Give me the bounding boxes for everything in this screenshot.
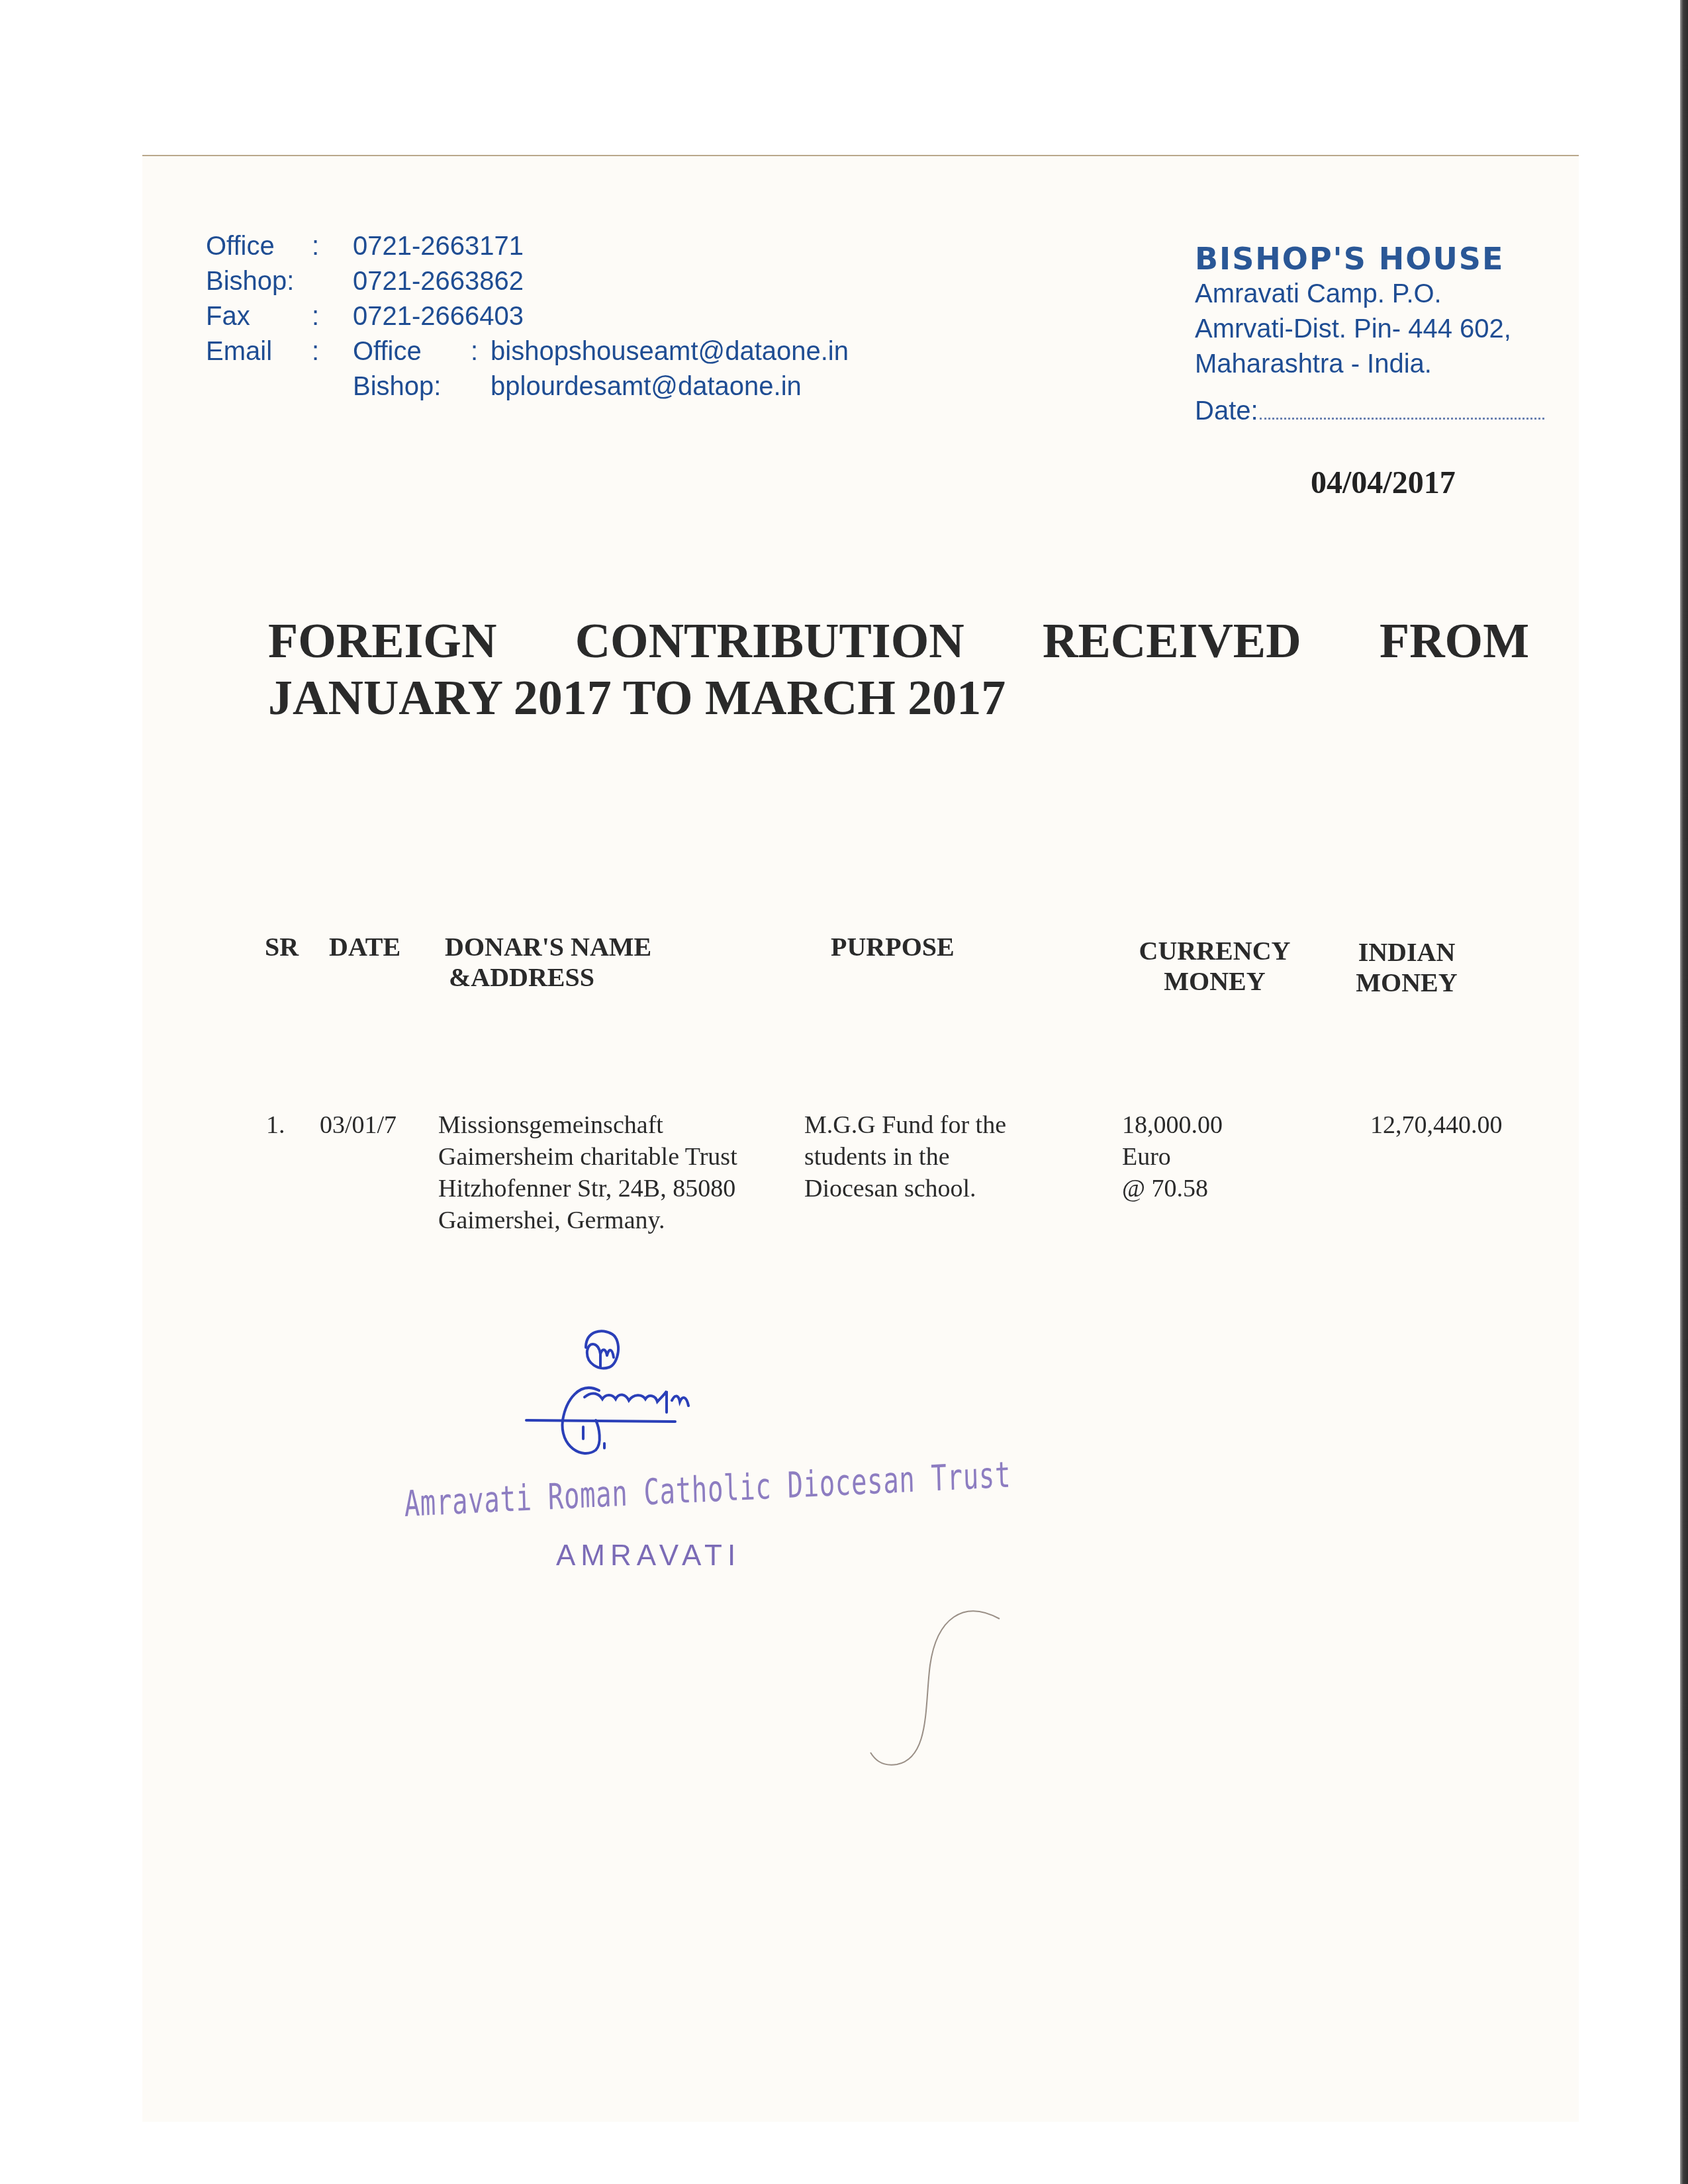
header-indian-line1: INDIAN — [1350, 937, 1463, 968]
donor-line: Gaimersheim charitable Trust — [438, 1141, 737, 1173]
title-word: FOREIGN — [268, 613, 496, 670]
donor-line: Hitzhofenner Str, 24B, 85080 — [438, 1173, 737, 1205]
header-currency: CURRENCY MONEY — [1115, 936, 1314, 997]
email-bishop: bplourdesamt@dataone.in — [491, 369, 802, 404]
email-office: bishopshouseamt@dataone.in — [491, 334, 849, 369]
title-word: CONTRIBUTION — [575, 613, 964, 670]
header-currency-line1: CURRENCY — [1115, 936, 1314, 966]
date-field: Date: — [1195, 396, 1544, 426]
email-label: Email — [206, 334, 272, 369]
address-line: Amravati Camp. P.O. — [1195, 277, 1544, 312]
purpose-line: M.G.G Fund for the — [804, 1109, 1006, 1141]
bishop-label: Bishop: — [206, 264, 294, 299]
fax-label: Fax — [206, 299, 250, 334]
cell-sr: 1. — [266, 1109, 285, 1141]
donor-line: Missionsgemeinschaft — [438, 1109, 737, 1141]
header-indian-line2: MONEY — [1350, 968, 1463, 998]
header-currency-line2: MONEY — [1115, 966, 1314, 997]
header-sr: SR — [265, 932, 299, 962]
currency-name: Euro — [1122, 1141, 1223, 1173]
cell-purpose: M.G.G Fund for the students in the Dioce… — [804, 1109, 1006, 1205]
colon: : — [312, 334, 319, 369]
currency-amount: 18,000.00 — [1122, 1109, 1223, 1141]
document-date: 04/04/2017 — [1311, 465, 1456, 501]
office-phone: 0721-2663171 — [353, 229, 524, 264]
pencil-mark — [804, 1606, 1003, 1778]
title-line-2: JANUARY 2017 TO MARCH 2017 — [268, 670, 1529, 727]
fax-number: 0721-2666403 — [353, 299, 524, 334]
letter-page: Office : 0721-2663171 Bishop: 0721-26638… — [142, 155, 1579, 2122]
colon: : — [471, 334, 478, 369]
letterhead-title: BISHOP'S HOUSE — [1195, 241, 1544, 277]
address-line: Amrvati-Dist. Pin- 444 602, — [1195, 312, 1544, 347]
scanner-edge — [1680, 0, 1688, 2184]
header-purpose: PURPOSE — [831, 932, 955, 962]
exchange-rate: @ 70.58 — [1122, 1173, 1223, 1205]
address-line: Maharashtra - India. — [1195, 347, 1544, 382]
cell-donor: Missionsgemeinschaft Gaimersheim charita… — [438, 1109, 737, 1236]
signature — [487, 1328, 738, 1460]
title-word: RECEIVED — [1043, 613, 1301, 670]
colon: : — [312, 299, 319, 334]
header-indian-money: INDIAN MONEY — [1350, 937, 1463, 998]
header-donor: DONAR'S NAME &ADDRESS — [445, 932, 651, 993]
donor-line: Gaimershei, Germany. — [438, 1205, 737, 1236]
purpose-line: students in the — [804, 1141, 1006, 1173]
colon: : — [312, 229, 319, 264]
bishop-phone: 0721-2663862 — [353, 264, 524, 299]
purpose-line: Diocesan school. — [804, 1173, 1006, 1205]
date-label: Date: — [1195, 396, 1258, 426]
date-dotted-line — [1260, 418, 1544, 420]
email-bishop-label: Bishop: — [353, 369, 441, 404]
header-date: DATE — [329, 932, 400, 962]
page-title: FOREIGN CONTRIBUTION RECEIVED FROM JANUA… — [268, 613, 1529, 727]
letterhead-address: BISHOP'S HOUSE Amravati Camp. P.O. Amrva… — [1195, 241, 1544, 426]
header-donor-line1: DONAR'S NAME — [445, 932, 651, 962]
cell-indian-money: 12,70,440.00 — [1370, 1109, 1503, 1141]
title-word: FROM — [1380, 613, 1529, 670]
cell-date: 03/01/7 — [320, 1109, 397, 1141]
stamp-trust-name: Amravati Roman Catholic Diocesan Trust — [404, 1454, 1011, 1525]
cell-currency: 18,000.00 Euro @ 70.58 — [1122, 1109, 1223, 1205]
stamp-city: AMRAVATI — [556, 1539, 741, 1572]
email-office-label: Office — [353, 334, 422, 369]
header-donor-line2: &ADDRESS — [445, 962, 651, 993]
office-label: Office — [206, 229, 275, 264]
